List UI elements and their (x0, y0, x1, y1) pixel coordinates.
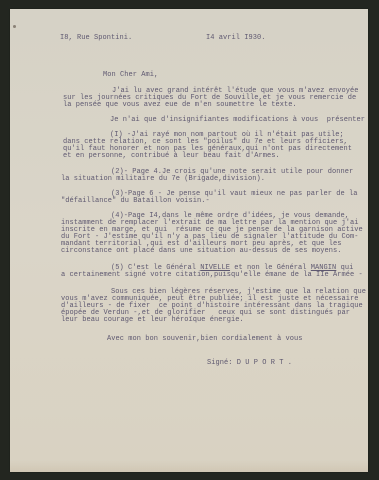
salutation: Mon Cher Ami, (103, 72, 158, 79)
paragraph-7-line: a certainement signé votre citation,puis… (61, 272, 363, 279)
paragraph-2-line: Je n'ai que d'insignifiantes modificatio… (110, 117, 365, 124)
paragraph-8-line: leur beau courage et leur héroïque énerg… (61, 317, 244, 324)
paragraph-6-line: circonstance ont placé dans une situatio… (61, 248, 342, 255)
signature: Signé: D U P O R T . (207, 360, 292, 367)
closing: Avec mon bon souvenir,bien cordialement … (107, 336, 303, 343)
paragraph-3-line: et en personne, contribué à leur beau fa… (63, 153, 280, 160)
letter-date: I4 avril I930. (206, 35, 266, 42)
paragraph-5-line: "défaillance" du Bataillon voisin.- (61, 198, 210, 205)
letter-page: I8, Rue Spontini. I4 avril I930. Mon Che… (10, 9, 368, 472)
sender-address: I8, Rue Spontini. (60, 35, 132, 42)
paper-speck (13, 25, 16, 28)
paragraph-1-line: la pensée que vous avez eue de m'en soum… (63, 102, 297, 109)
paragraph-4-line: la situation militaire du 7e (Brigade,di… (61, 176, 265, 183)
